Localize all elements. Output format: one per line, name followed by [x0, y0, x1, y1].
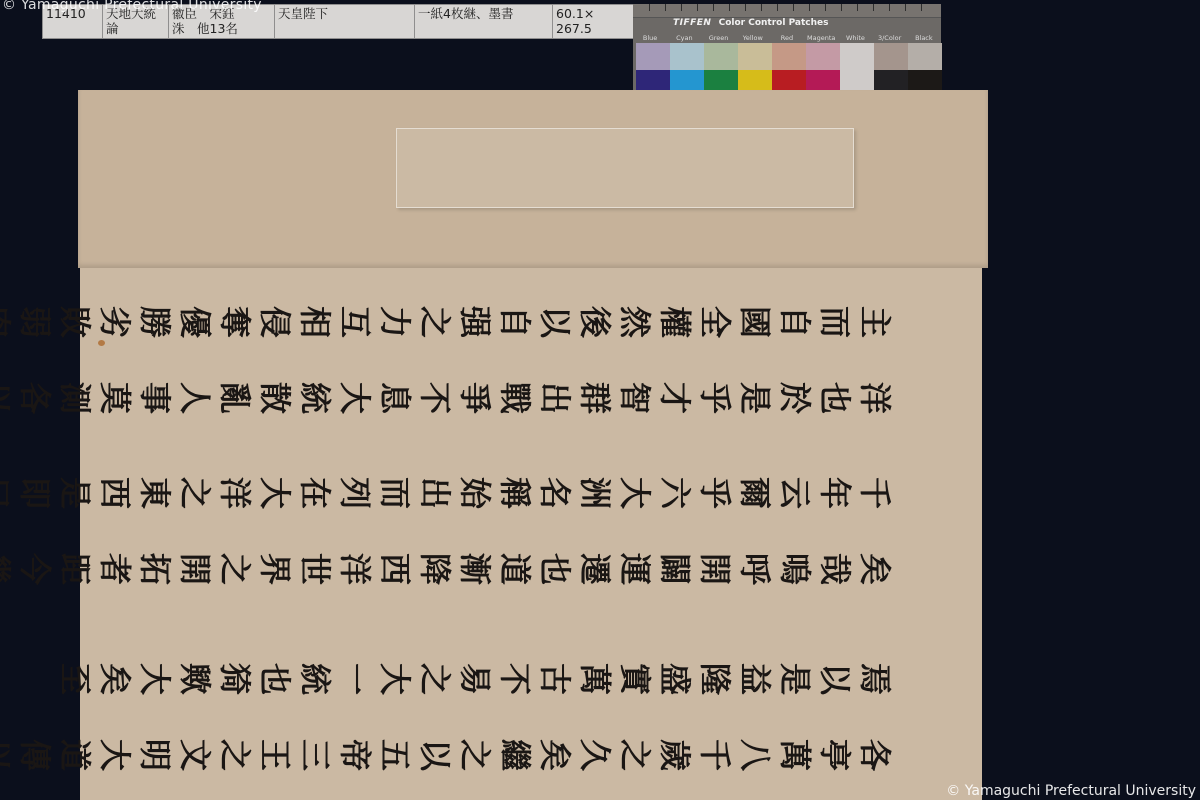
kanji-char: 萬: [776, 736, 814, 774]
text-row: 主而自國全權然後以自强之力互相侵奪優勝劣敗弱肉强食: [0, 303, 894, 343]
kanji-char: 八: [736, 736, 774, 774]
kanji-char: 也: [256, 660, 294, 698]
kanji-char: 易: [456, 660, 494, 698]
kanji-char: 是: [776, 660, 814, 698]
kanji-char: 者: [96, 550, 134, 588]
kanji-char: 以: [536, 303, 574, 341]
kanji-char: 不: [496, 660, 534, 698]
kanji-char: 而: [816, 303, 854, 341]
kanji-char: 大: [336, 379, 374, 417]
kanji-char: 實: [616, 660, 654, 698]
kanji-char: 力: [376, 303, 414, 341]
kanji-char: 拓: [136, 550, 174, 588]
kanji-char: 出: [416, 474, 454, 512]
kanji-char: 出: [536, 379, 574, 417]
card-title: TIFFEN Color Control Patches: [673, 18, 829, 28]
kanji-char: 矣: [856, 550, 894, 588]
kanji-char: 六: [656, 474, 694, 512]
kanji-char: 也: [816, 379, 854, 417]
kanji-char: 哉: [816, 550, 854, 588]
document-sheet: 主而自國全權然後以自强之力互相侵奪優勝劣敗弱肉强食 洋也於是乎才智群出戰爭不息大…: [80, 268, 982, 800]
kanji-char: 敗: [56, 303, 94, 341]
watermark-bottom: © Yamaguchi Prefectural University: [946, 783, 1196, 799]
kanji-char: 矣: [96, 660, 134, 698]
kanji-char: 爾: [736, 474, 774, 512]
kanji-char: 之: [416, 660, 454, 698]
kanji-char: 是: [736, 379, 774, 417]
kanji-char: 古: [536, 660, 574, 698]
kanji-char: 自: [776, 303, 814, 341]
kanji-char: 國: [736, 303, 774, 341]
kanji-char: 主: [856, 303, 894, 341]
kanji-char: 距: [56, 550, 94, 588]
color-patch-magenta: [806, 43, 840, 96]
kanji-char: 嗚: [776, 550, 814, 588]
kanji-char: 而: [376, 474, 414, 512]
kanji-char: 息: [376, 379, 414, 417]
patch-label: 3/Color: [873, 34, 907, 42]
label-cell-dimensions: 60.1× 267.5: [553, 5, 635, 38]
kanji-char: 益: [736, 660, 774, 698]
kanji-char: 事: [136, 379, 174, 417]
color-patch-green: [704, 43, 738, 96]
kanji-char: 統: [296, 660, 334, 698]
kanji-char: 幾: [0, 550, 14, 588]
kanji-char: 降: [416, 550, 454, 588]
kanji-char: 萬: [576, 660, 614, 698]
kanji-char: 散: [256, 379, 294, 417]
kanji-char: 大: [136, 660, 174, 698]
ruler: [633, 4, 941, 18]
kanji-char: 云: [776, 474, 814, 512]
kanji-char: 西: [96, 474, 134, 512]
document-folded-flap: [78, 90, 988, 268]
patch-label: Yellow: [736, 34, 770, 42]
kanji-char: 曰: [0, 474, 14, 512]
kanji-char: 遷: [576, 550, 614, 588]
kanji-char: 界: [256, 550, 294, 588]
kanji-char: 至: [56, 660, 94, 698]
kanji-char: 也: [536, 550, 574, 588]
kanji-char: 千: [856, 474, 894, 512]
text-row: 矣哉嗚呼開闢運遷也道漸降西洋世界之開拓者距今幾: [0, 550, 894, 590]
kanji-char: 才: [656, 379, 694, 417]
color-patch-yellow: [738, 43, 772, 96]
text-row: 焉以是益隆盛實萬古不易之大一統也猗歟大矣至: [56, 660, 894, 700]
kanji-char: 文: [176, 736, 214, 774]
kanji-char: 開: [696, 550, 734, 588]
color-patch-red: [772, 43, 806, 96]
kanji-char: 道: [496, 550, 534, 588]
kanji-char: 開: [176, 550, 214, 588]
kanji-char: 統: [296, 379, 334, 417]
kanji-char: 闢: [656, 550, 694, 588]
kanji-char: 後: [576, 303, 614, 341]
kanji-char: 稱: [496, 474, 534, 512]
kanji-char: 戰: [496, 379, 534, 417]
kanji-char: 在: [296, 474, 334, 512]
kanji-char: 洋: [216, 474, 254, 512]
kanji-char: 三: [296, 736, 334, 774]
color-patches: [636, 43, 942, 96]
kanji-char: 年: [816, 474, 854, 512]
kanji-char: 久: [576, 736, 614, 774]
kanji-char: 猗: [216, 660, 254, 698]
text-row: 千年云爾乎六大洲名稱始出而列在大洋之東西是即曰東西: [0, 474, 894, 514]
kanji-char: 然: [616, 303, 654, 341]
kanji-char: 侵: [256, 303, 294, 341]
kanji-char: 漸: [456, 550, 494, 588]
kanji-char: 大: [256, 474, 294, 512]
kanji-char: 矣: [536, 736, 574, 774]
kanji-char: 大: [96, 736, 134, 774]
kanji-char: 强: [456, 303, 494, 341]
kanji-char: 道: [56, 736, 94, 774]
kanji-char: 爭: [456, 379, 494, 417]
kanji-char: 劣: [96, 303, 134, 341]
kanji-char: 亭: [816, 736, 854, 774]
kanji-char: 之: [416, 303, 454, 341]
kanji-char: 優: [176, 303, 214, 341]
kanji-char: 之: [616, 736, 654, 774]
kanji-char: 以: [0, 379, 14, 417]
patch-label: Magenta: [804, 34, 838, 42]
kanji-char: 乎: [696, 474, 734, 512]
kanji-char: 各: [16, 379, 54, 417]
kanji-char: 於: [776, 379, 814, 417]
kanji-char: 權: [656, 303, 694, 341]
patch-label: Blue: [633, 34, 667, 42]
kanji-char: 相: [296, 303, 334, 341]
kanji-char: 互: [336, 303, 374, 341]
kanji-char: 名: [536, 474, 574, 512]
patch-label: White: [838, 34, 872, 42]
kanji-char: 王: [256, 736, 294, 774]
kanji-char: 洲: [576, 474, 614, 512]
kanji-char: 今: [16, 550, 54, 588]
kanji-char: 之: [216, 736, 254, 774]
kanji-char: 群: [576, 379, 614, 417]
color-control-card: TIFFEN Color Control Patches Blue Cyan G…: [633, 4, 941, 96]
kanji-char: 不: [416, 379, 454, 417]
kanji-char: 運: [616, 550, 654, 588]
kanji-char: 西: [376, 550, 414, 588]
kanji-char: 呼: [736, 550, 774, 588]
kanji-char: 大: [376, 660, 414, 698]
kanji-char: 東: [136, 474, 174, 512]
kanji-char: 歟: [176, 660, 214, 698]
kanji-char: 全: [696, 303, 734, 341]
kanji-char: 以: [0, 736, 14, 774]
kanji-char: 千: [696, 736, 734, 774]
patch-labels: Blue Cyan Green Yellow Red Magenta White…: [633, 34, 941, 42]
patch-label: Black: [907, 34, 941, 42]
label-cell-recipient: 天皇陛下: [275, 5, 415, 38]
kanji-char: 洋: [336, 550, 374, 588]
kanji-char: 帝: [336, 736, 374, 774]
kanji-char: 人: [176, 379, 214, 417]
kanji-char: 奪: [216, 303, 254, 341]
text-row: 洋也於是乎才智群出戰爭不息大統散亂人事莫測各以自主獨: [0, 379, 894, 419]
glass-weight: [396, 128, 854, 208]
kanji-char: 以: [816, 660, 854, 698]
color-patch-white: [840, 43, 874, 96]
kanji-char: 世: [296, 550, 334, 588]
kanji-char: 五: [376, 736, 414, 774]
kanji-char: 弱: [16, 303, 54, 341]
kanji-char: 隆: [696, 660, 734, 698]
kanji-char: 測: [56, 379, 94, 417]
kanji-char: 焉: [856, 660, 894, 698]
kanji-char: 歲: [656, 736, 694, 774]
kanji-char: 傳: [16, 736, 54, 774]
patch-label: Green: [701, 34, 735, 42]
kanji-char: 莫: [96, 379, 134, 417]
kanji-char: 自: [496, 303, 534, 341]
kanji-char: 列: [336, 474, 374, 512]
card-title-text: Color Control Patches: [719, 18, 829, 28]
kanji-char: 之: [176, 474, 214, 512]
kanji-char: 以: [416, 736, 454, 774]
color-patch-3-color: [874, 43, 908, 96]
kanji-char: 勝: [136, 303, 174, 341]
kanji-char: 一: [336, 660, 374, 698]
kanji-char: 洋: [856, 379, 894, 417]
patch-label: Cyan: [667, 34, 701, 42]
patch-label: Red: [770, 34, 804, 42]
kanji-char: 是: [56, 474, 94, 512]
kanji-char: 之: [456, 736, 494, 774]
color-patch-cyan: [670, 43, 704, 96]
kanji-char: 始: [456, 474, 494, 512]
kanji-char: 亂: [216, 379, 254, 417]
kanji-char: 明: [136, 736, 174, 774]
color-patch-blue: [636, 43, 670, 96]
watermark-top: © Yamaguchi Prefectural University: [2, 0, 262, 13]
kanji-char: 各: [856, 736, 894, 774]
kanji-char: 繼: [496, 736, 534, 774]
label-cell-format: 一紙4枚継、墨書: [415, 5, 553, 38]
kanji-char: 即: [16, 474, 54, 512]
text-row: 各亭萬八千歲之久矣繼之以五帝三王之文明大道傳以是: [0, 736, 894, 776]
kanji-char: 大: [616, 474, 654, 512]
color-patch-black: [908, 43, 942, 96]
kanji-char: 之: [216, 550, 254, 588]
kanji-char: 乎: [696, 379, 734, 417]
brand-logo: TIFFEN: [673, 18, 711, 28]
kanji-char: 盛: [656, 660, 694, 698]
kanji-char: 智: [616, 379, 654, 417]
kanji-char: 肉: [0, 303, 14, 341]
